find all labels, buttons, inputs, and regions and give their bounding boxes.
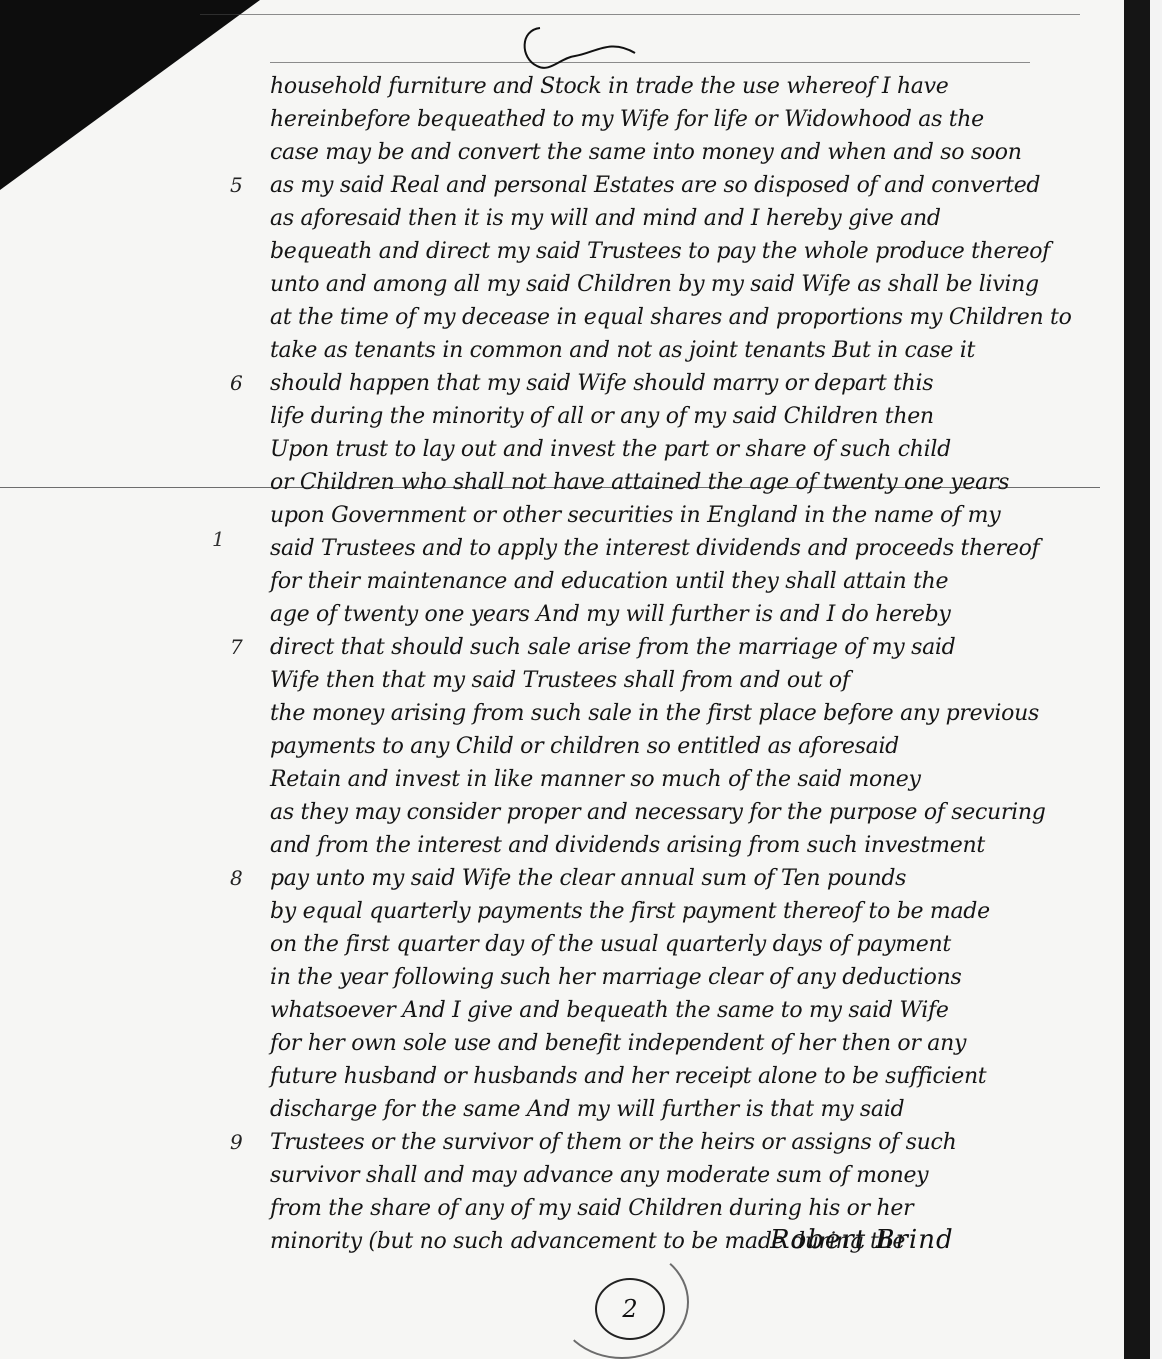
line-text: as aforesaid then it is my will and mind… [270,206,941,231]
document-page: household furniture and Stock in trade t… [0,0,1162,1359]
line-text: and from the interest and dividends aris… [270,833,985,858]
line-text: case may be and convert the same into mo… [270,140,1022,165]
text-line: at the time of my decease in equal share… [270,301,1130,334]
text-line: future husband or husbands and her recei… [270,1060,1130,1093]
line-text: Upon trust to lay out and invest the par… [270,437,951,462]
line-text: said Trustees and to apply the interest … [270,536,1039,561]
text-line: for their maintenance and education unti… [270,565,1130,598]
line-text: bequeath and direct my said Trustees to … [270,239,1050,264]
decorative-swirl-icon [515,18,645,78]
line-text: in the year following such her marriage … [270,965,961,990]
text-line: discharge for the same And my will furth… [270,1093,1130,1126]
text-line: as they may consider proper and necessar… [270,796,1130,829]
text-line: unto and among all my said Children by m… [270,268,1130,301]
top-rule-line [200,14,1080,15]
top-rule-line [270,62,1030,63]
line-text: take as tenants in common and not as joi… [270,338,975,363]
line-text: pay unto my said Wife the clear annual s… [270,866,906,891]
page-number: 2 [622,1295,637,1323]
signature: Robert Brind [770,1225,954,1255]
text-line: household furniture and Stock in trade t… [270,70,1130,103]
line-text: as my said Real and personal Estates are… [270,173,1040,198]
line-text: at the time of my decease in equal share… [270,305,1072,330]
line-text: by equal quarterly payments the first pa… [270,899,990,924]
text-line: whatsoever And I give and bequeath the s… [270,994,1130,1027]
page-number-circle: 2 [595,1278,665,1340]
line-text: discharge for the same And my will furth… [270,1097,904,1122]
text-line: 6should happen that my said Wife should … [270,367,1130,400]
text-line: minority (but no such advancement to be … [270,1225,1130,1258]
line-number: 7 [230,631,242,664]
line-text: the money arising from such sale in the … [270,701,1039,726]
text-line: on the first quarter day of the usual qu… [270,928,1130,961]
text-line: 8pay unto my said Wife the clear annual … [270,862,1130,895]
line-number: 6 [230,367,242,400]
scan-corner-shadow [0,0,260,190]
line-text: Trustees or the survivor of them or the … [270,1130,956,1155]
line-text: survivor shall and may advance any moder… [270,1163,928,1188]
line-number: 8 [230,862,242,895]
text-line: as aforesaid then it is my will and mind… [270,202,1130,235]
text-line: Retain and invest in like manner so much… [270,763,1130,796]
margin-mark: 1 [212,527,225,551]
text-line: case may be and convert the same into mo… [270,136,1130,169]
text-line: life during the minority of all or any o… [270,400,1130,433]
text-line: and from the interest and dividends aris… [270,829,1130,862]
text-line: from the share of any of my said Childre… [270,1192,1130,1225]
line-text: age of twenty one years And my will furt… [270,602,951,627]
text-line: in the year following such her marriage … [270,961,1130,994]
line-text: for their maintenance and education unti… [270,569,948,594]
line-text: direct that should such sale arise from … [270,635,955,660]
line-number: 5 [230,169,242,202]
text-line: hereinbefore bequeathed to my Wife for l… [270,103,1130,136]
line-text: from the share of any of my said Childre… [270,1196,913,1221]
text-line: Upon trust to lay out and invest the par… [270,433,1130,466]
line-number: 9 [230,1126,242,1159]
text-line: survivor shall and may advance any moder… [270,1159,1130,1192]
text-line: payments to any Child or children so ent… [270,730,1130,763]
line-text: should happen that my said Wife should m… [270,371,933,396]
line-text: or Children who shall not have attained … [270,470,1009,495]
line-text: future husband or husbands and her recei… [270,1064,986,1089]
text-line: 9Trustees or the survivor of them or the… [270,1126,1130,1159]
text-line: upon Government or other securities in E… [270,499,1130,532]
line-text: Retain and invest in like manner so much… [270,767,921,792]
line-text: life during the minority of all or any o… [270,404,934,429]
line-text: payments to any Child or children so ent… [270,734,899,759]
line-text: upon Government or other securities in E… [270,503,1000,528]
scan-right-margin [1150,0,1162,1359]
line-text: household furniture and Stock in trade t… [270,74,948,99]
line-text: whatsoever And I give and bequeath the s… [270,998,949,1023]
line-text: for her own sole use and benefit indepen… [270,1031,966,1056]
line-text: as they may consider proper and necessar… [270,800,1046,825]
text-line: age of twenty one years And my will furt… [270,598,1130,631]
text-line: 5as my said Real and personal Estates ar… [270,169,1130,202]
text-line: or Children who shall not have attained … [270,466,1130,499]
text-line: for her own sole use and benefit indepen… [270,1027,1130,1060]
text-line: bequeath and direct my said Trustees to … [270,235,1130,268]
text-line: by equal quarterly payments the first pa… [270,895,1130,928]
text-line: said Trustees and to apply the interest … [270,532,1130,565]
text-line: Wife then that my said Trustees shall fr… [270,664,1130,697]
text-line: take as tenants in common and not as joi… [270,334,1130,367]
line-text: hereinbefore bequeathed to my Wife for l… [270,107,984,132]
text-line: 7direct that should such sale arise from… [270,631,1130,664]
text-line: the money arising from such sale in the … [270,697,1130,730]
line-text: unto and among all my said Children by m… [270,272,1039,297]
line-text: on the first quarter day of the usual qu… [270,932,951,957]
will-text-body: household furniture and Stock in trade t… [270,70,1130,1258]
line-text: Wife then that my said Trustees shall fr… [270,668,850,693]
